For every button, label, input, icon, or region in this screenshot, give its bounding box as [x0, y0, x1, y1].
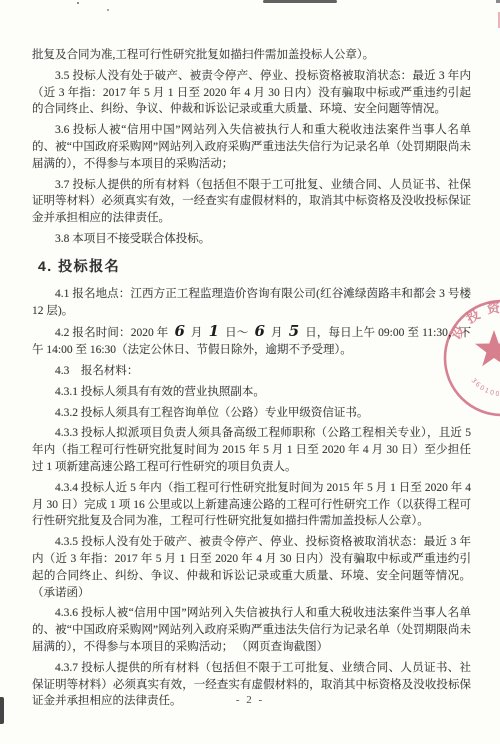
page-number: - 2 - — [0, 694, 500, 706]
paragraph-3-7: 3.7 投标人提供的所有材料（包括但不限于工可批复、业绩合同、人员证书、社保证明… — [32, 177, 471, 227]
paragraph-3-5: 3.5 投标人没有处于破产、被责令停产、停业、投标资格被取消状态：最近 3 年内… — [32, 68, 471, 118]
paragraph-4-1: 4.1 报名地点：江西方正工程监理造价咨询有限公司(红谷滩绿茵路丰和都会 3 号… — [32, 286, 471, 320]
section-heading-bid-registration: 4. 投标报名 — [32, 257, 471, 275]
paragraph-4-3-2: 4.3.2 投标人须具有工程咨询单位（公路）专业甲级资信证书。 — [32, 405, 471, 422]
paragraph-4-3-6: 4.3.6 投标人被“信用中国”网站列入失信被执行人和重大税收违法案件当事人名单… — [32, 605, 471, 655]
registration-time-sep3: 月 — [271, 327, 283, 339]
document-page: 批复及合同为准,工程可行性研究批复如描扫件需加盖投标人公章）。 3.5 投标人没… — [0, 0, 500, 744]
paragraph-4-3: 4.3 报名材料： — [32, 363, 471, 380]
handwritten-day-to: 5 — [286, 322, 302, 340]
handwritten-month-from: 6 — [171, 322, 187, 340]
seal-code-text: 36010001 — [470, 377, 500, 399]
document-body: 批复及合同为准,工程可行性研究批复如描扫件需加盖投标人公章）。 3.5 投标人没… — [32, 47, 471, 714]
paragraph-carryover: 批复及合同为准,工程可行性研究批复如描扫件需加盖投标人公章）。 — [32, 47, 471, 64]
paragraph-4-3-4: 4.3.4 投标人近 5 年内（指工程可行性研究批复时间为 2015 年 5 月… — [32, 480, 471, 530]
paragraph-3-8: 3.8 本项目不接受联合体投标。 — [32, 231, 471, 248]
official-seal: 设投资发 36010001 — [440, 292, 500, 424]
seal-star-icon — [475, 330, 500, 366]
scan-artifact-top-streak — [263, 0, 337, 3]
paragraph-4-3-3: 4.3.3 投标人拟派项目负责人须具备高级工程师职称（公路工程相关专业），且近 … — [32, 425, 471, 475]
paragraph-3-6: 3.6 投标人被“信用中国”网站列入失信被执行人和重大税收违法案件当事人名单的、… — [32, 122, 471, 172]
handwritten-month-to: 6 — [252, 322, 268, 340]
scan-artifact-speck — [77, 2, 79, 4]
paragraph-4-2: 4.2 报名时间：2020 年 6 月 1 日～ 6 月 5 日，每日上午 09… — [32, 323, 471, 359]
registration-time-prefix: 4.2 报名时间：2020 年 — [55, 327, 168, 339]
handwritten-day-from: 1 — [206, 322, 222, 340]
paragraph-4-3-5: 4.3.5 投标人没有处于破产、被责令停产、停业、投标资格被取消状态：最近 3 … — [32, 534, 471, 601]
registration-time-sep2: 日～ — [225, 327, 248, 339]
scan-artifact-corner-dot — [496, 0, 500, 3]
registration-time-sep1: 月 — [191, 327, 203, 339]
paragraph-4-3-1: 4.3.1 投标人须具有有效的营业执照副本。 — [32, 384, 471, 401]
scan-artifact-speck — [107, 9, 109, 11]
